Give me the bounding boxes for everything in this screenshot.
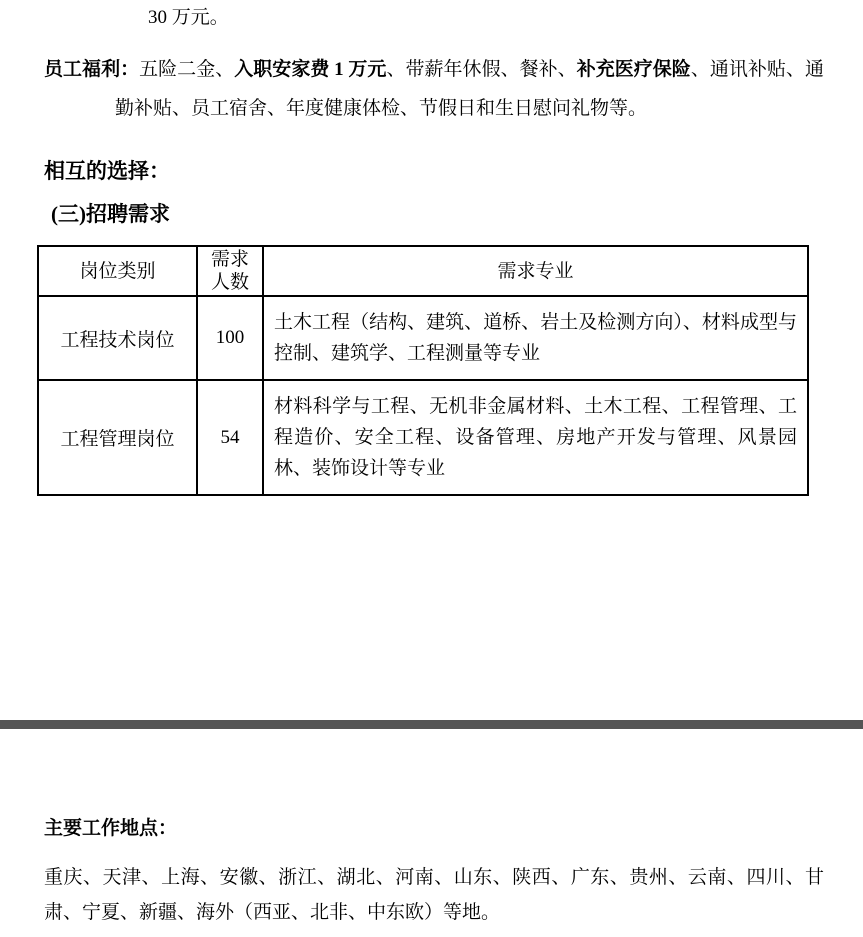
majors-cell: 土木工程（结构、建筑、道桥、岩土及检测方向）、材料成型与控制、建筑学、工程测量等… (263, 296, 808, 380)
locations-label: 主要工作地点： (44, 813, 177, 840)
col-header-required-headcount: 需求 人数 (197, 246, 263, 296)
locations-text: 重庆、天津、上海、安徽、浙江、湖北、河南、山东、陕西、广东、贵州、云南、四川、甘… (44, 860, 824, 930)
majors-cell: 材料科学与工程、无机非金属材料、土木工程、工程管理、工程造价、安全工程、设备管理… (263, 380, 808, 495)
benefits-segment: 五险二金、 (139, 59, 234, 80)
col-header-required-majors: 需求专业 (263, 246, 808, 296)
salary-continuation-text: 30 万元。 (148, 4, 229, 32)
benefits-segment-bold: 入职安家费 1 万元 (234, 59, 386, 80)
document-page: 30 万元。 员工福利：五险二金、入职安家费 1 万元、带薪年休假、餐补、补充医… (0, 0, 863, 937)
benefits-paragraph: 员工福利：五险二金、入职安家费 1 万元、带薪年休假、餐补、补充医疗保险、通讯补… (44, 50, 824, 128)
headcount-cell: 100 (197, 296, 263, 380)
headcount-cell: 54 (197, 380, 263, 495)
recruitment-demand-table: 岗位类别 需求 人数 需求专业 工程技术岗位 100 土木工程（结构、建筑、道桥… (37, 245, 809, 496)
benefits-label: 员工福利： (44, 59, 139, 80)
benefits-segment: 、带薪年休假、餐补、 (386, 59, 576, 80)
subsection-heading-recruitment-demand: (三)招聘需求 (51, 198, 170, 228)
table-row: 工程技术岗位 100 土木工程（结构、建筑、道桥、岩土及检测方向）、材料成型与控… (38, 296, 808, 380)
table-header-row: 岗位类别 需求 人数 需求专业 (38, 246, 808, 296)
position-category-cell: 工程技术岗位 (38, 296, 197, 380)
page-break-bar (0, 720, 863, 729)
benefits-segment-bold: 补充医疗保险 (577, 59, 691, 80)
table-row: 工程管理岗位 54 材料科学与工程、无机非金属材料、土木工程、工程管理、工程造价… (38, 380, 808, 495)
position-category-cell: 工程管理岗位 (38, 380, 197, 495)
section-heading-mutual-choice: 相互的选择： (44, 155, 170, 185)
col-header-position-category: 岗位类别 (38, 246, 197, 296)
